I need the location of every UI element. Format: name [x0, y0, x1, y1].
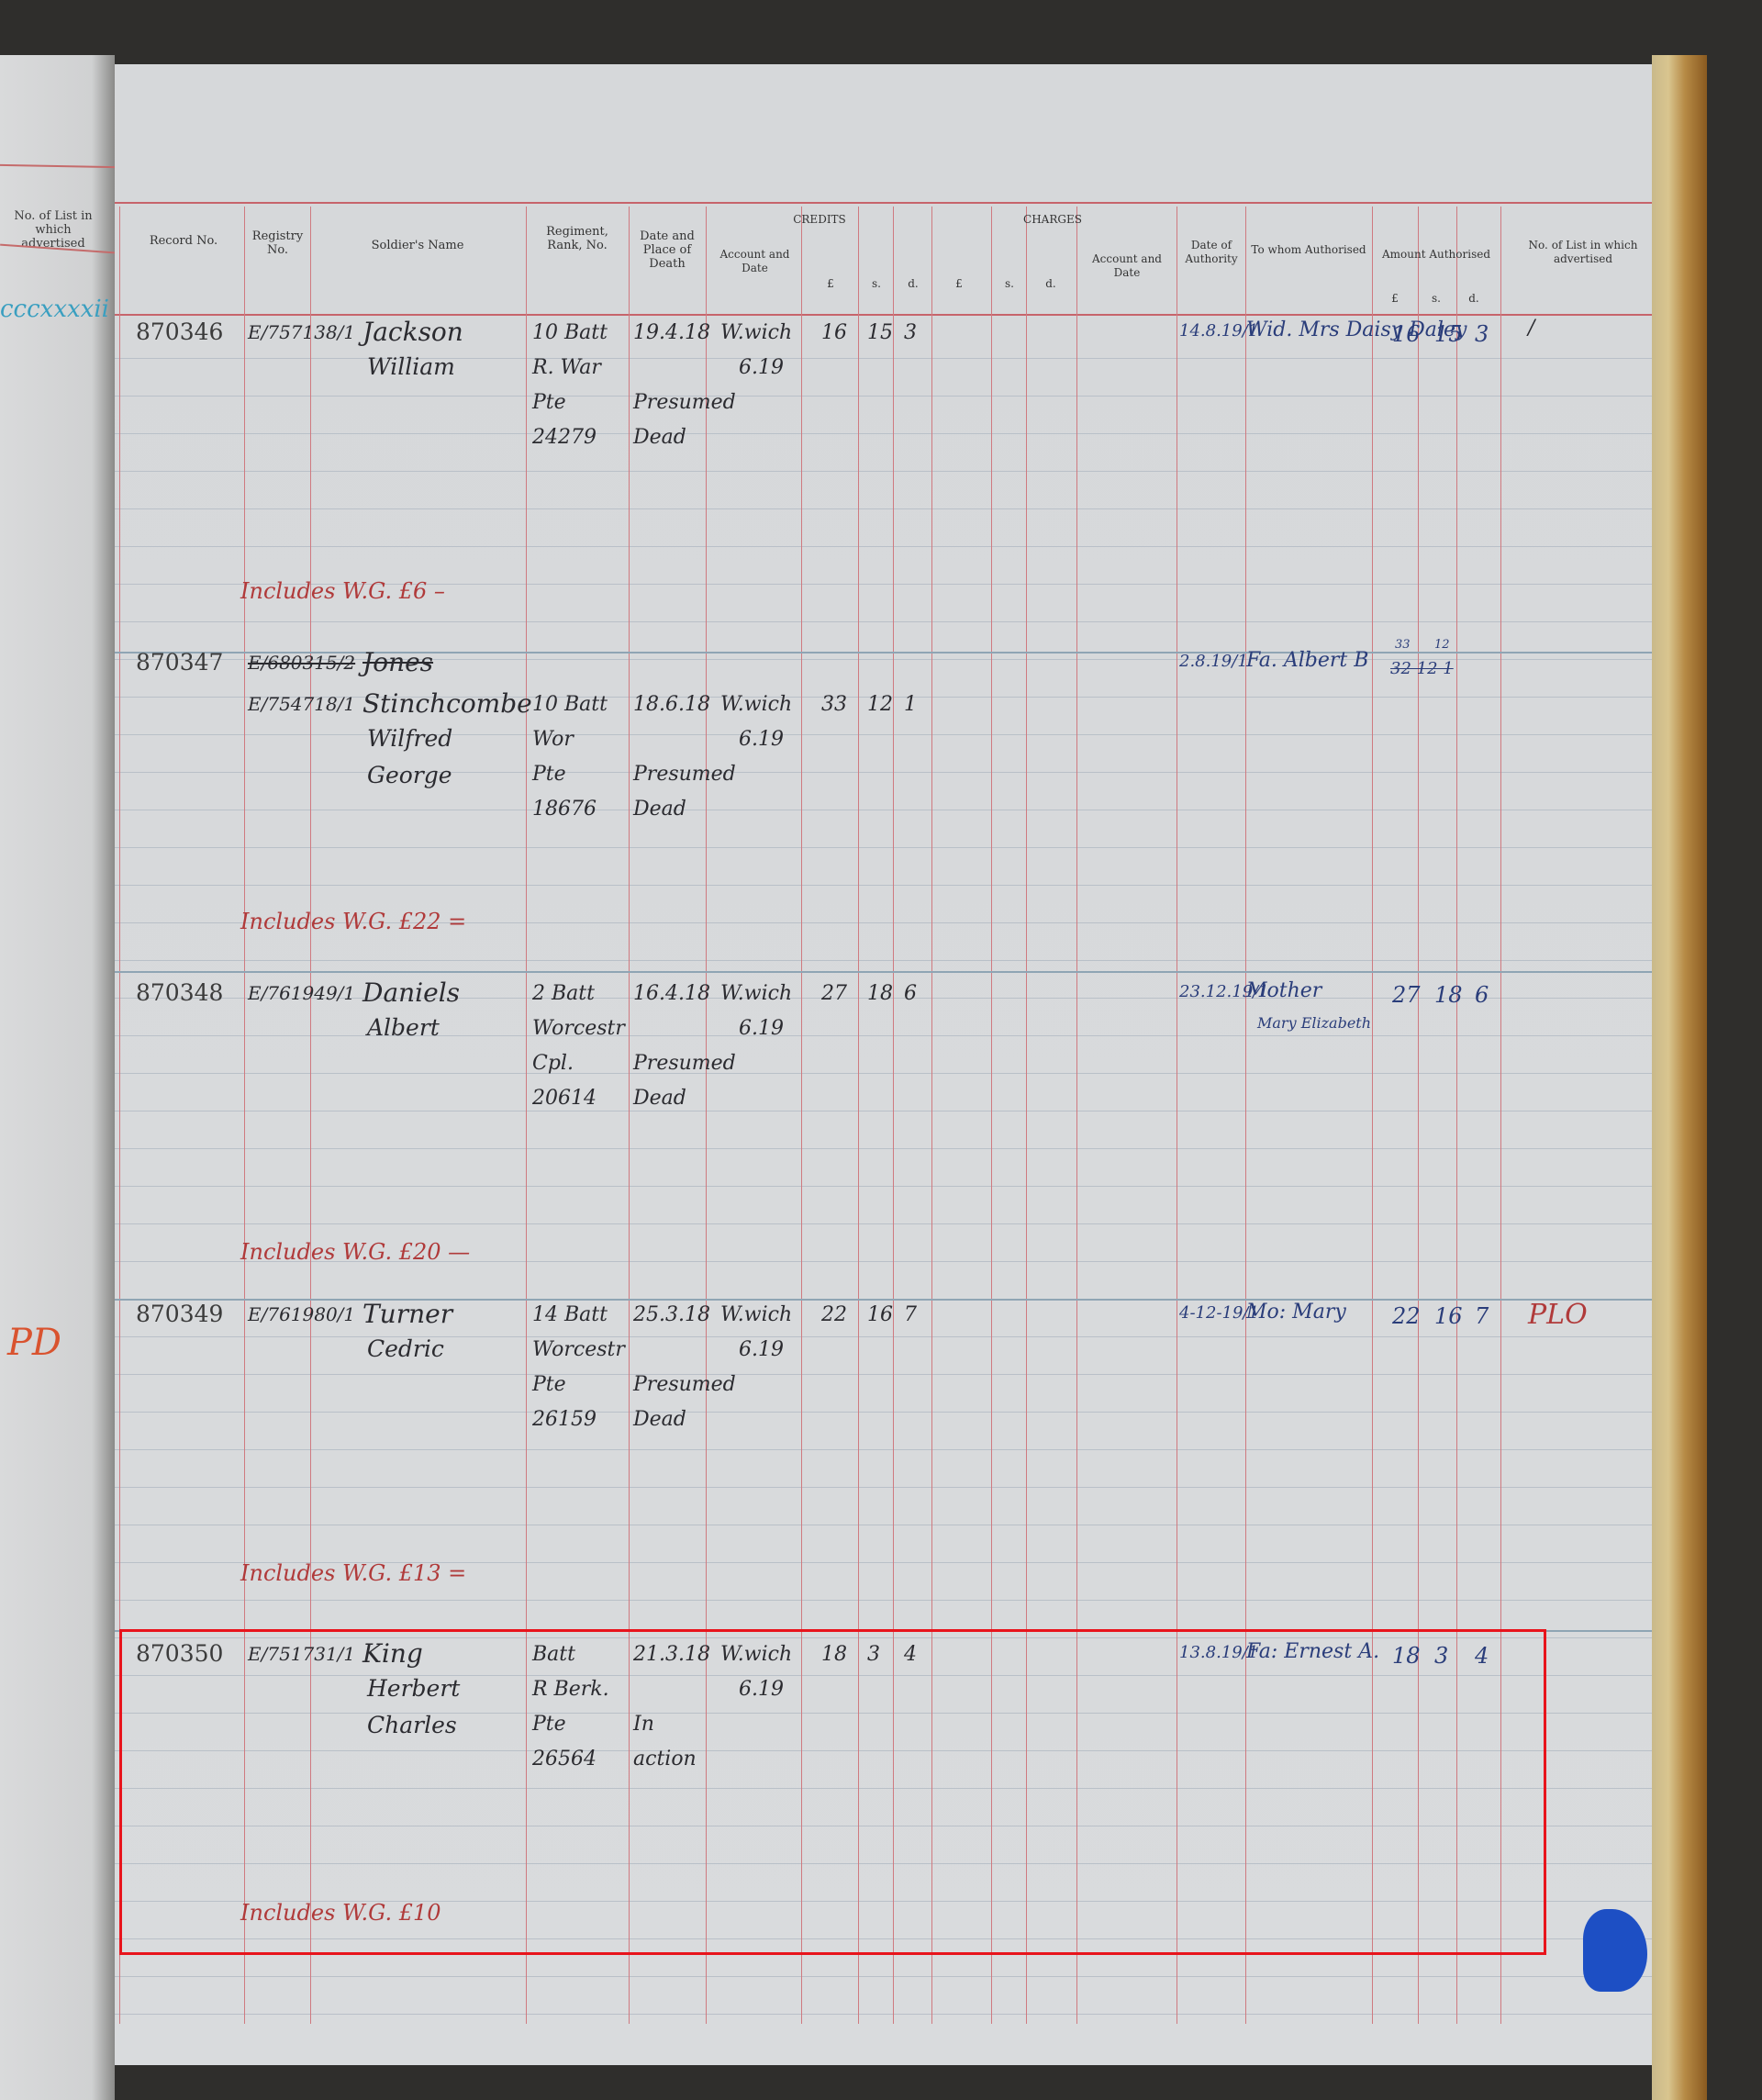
authority-date: 2.8.19/1 — [1179, 652, 1248, 671]
header-bottom-rule — [115, 314, 1666, 316]
auth-shillings: 12 — [1434, 638, 1450, 652]
header-top-rule — [115, 202, 1666, 204]
forename: George — [367, 762, 452, 788]
credit-account: W.wich — [720, 982, 792, 1005]
credit-pounds: 27 — [821, 982, 847, 1005]
auth-pounds: 22 — [1392, 1303, 1421, 1329]
includes-note: Includes W.G. £13 = — [240, 1560, 466, 1586]
credit-account: W.wich — [720, 1303, 792, 1326]
death-line: Presumed — [633, 1373, 736, 1396]
credit-pence: 7 — [904, 1303, 917, 1326]
to-whom: Fa. Albert B — [1246, 649, 1368, 672]
header-charges: CHARGES — [933, 213, 1172, 227]
header-regiment: Regiment, Rank, No. — [528, 225, 627, 252]
highlight-box — [119, 1629, 1546, 1955]
list-advertised: / — [1528, 317, 1534, 340]
to-whom-2: Mary Elizabeth — [1257, 1014, 1371, 1032]
auth-pence: 7 — [1475, 1303, 1489, 1329]
credit-shillings: 18 — [867, 982, 893, 1005]
header-credits: CREDITS — [709, 213, 930, 227]
header-charge-pence: d. — [1037, 277, 1065, 291]
record-no: 870349 — [136, 1301, 223, 1327]
regiment-line: R. War — [532, 356, 601, 379]
regiment-line: 24279 — [532, 426, 597, 449]
credit-shillings: 15 — [867, 321, 893, 344]
surname-struck: Jones — [362, 647, 433, 677]
credit-pounds: 16 — [821, 321, 847, 344]
regiment-line: Wor — [532, 728, 574, 751]
header-credit-shillings: s. — [863, 277, 890, 291]
header-record-no: Record No. — [133, 234, 234, 248]
header-list-advertised: No. of List in which advertised — [1519, 239, 1647, 266]
credit-account: 6.19 — [739, 356, 784, 379]
death-line: Presumed — [633, 763, 736, 786]
death-line: Dead — [633, 1408, 686, 1431]
regiment-line: 2 Batt — [532, 982, 595, 1005]
forename: William — [367, 353, 455, 380]
forename: Cedric — [367, 1335, 444, 1362]
auth-pence: 6 — [1475, 982, 1489, 1008]
credit-shillings: 12 — [867, 693, 893, 716]
regiment-line: 10 Batt — [532, 693, 608, 716]
header-credit-pounds: £ — [817, 277, 844, 291]
regiment-line: Pte — [532, 391, 566, 414]
registry-no: E/757138/1 — [248, 321, 355, 343]
credit-shillings: 16 — [867, 1303, 893, 1326]
header-charge-shillings: s. — [996, 277, 1023, 291]
surname: Jackson — [362, 317, 463, 347]
surname: Turner — [362, 1299, 452, 1329]
credit-pence: 3 — [904, 321, 917, 344]
regiment-line: 20614 — [532, 1087, 597, 1110]
surname: Daniels — [362, 977, 460, 1008]
header-to-whom: To whom Authorised — [1248, 243, 1369, 257]
left-note-cccxxxxii: cccxxxxii — [0, 296, 109, 323]
credit-account: 6.19 — [739, 1338, 784, 1361]
includes-note: Includes W.G. £6 – — [240, 578, 445, 604]
record-no: 870346 — [136, 318, 223, 345]
header-charges-account: Account and Date — [1080, 252, 1174, 280]
header-charge-pounds: £ — [945, 277, 973, 291]
auth-pence: 3 — [1475, 321, 1489, 347]
credit-pounds: 33 — [821, 693, 847, 716]
header-date-place-death: Date and Place of Death — [630, 229, 704, 271]
auth-pounds: 16 — [1392, 321, 1421, 347]
left-note-pd: PD — [7, 1322, 61, 1364]
header-credits-account: Account and Date — [711, 248, 798, 275]
credit-account: W.wich — [720, 693, 792, 716]
auth-pounds: 33 — [1395, 638, 1411, 652]
forename: Wilfred — [367, 725, 452, 752]
header-credit-pence: d. — [899, 277, 927, 291]
header-date-of-authority: Date of Authority — [1179, 239, 1243, 266]
auth-shillings: 16 — [1434, 1303, 1463, 1329]
header-auth-shillings: s. — [1422, 292, 1450, 306]
death-line: 16.4.18 — [633, 982, 710, 1005]
auth-shillings: 18 — [1434, 982, 1463, 1008]
left-page: No. of List in which advertised cccxxxxi… — [0, 55, 115, 2100]
death-line: Presumed — [633, 391, 736, 414]
regiment-line: Worcestr — [532, 1338, 625, 1361]
auth-previous: 32 12 1 — [1390, 659, 1454, 678]
death-line: 19.4.18 — [633, 321, 710, 344]
credit-pence: 6 — [904, 982, 917, 1005]
death-line: Dead — [633, 426, 686, 449]
record-no: 870348 — [136, 979, 223, 1006]
credit-account: W.wich — [720, 321, 792, 344]
book-edge — [1652, 55, 1707, 2100]
registry-no: E/754718/1 — [248, 693, 355, 715]
regiment-line: 14 Batt — [532, 1303, 608, 1326]
list-advertised: PLO — [1528, 1299, 1588, 1331]
to-whom: Mother — [1246, 979, 1321, 1002]
includes-note: Includes W.G. £20 — — [240, 1239, 470, 1265]
surname: Stinchcombe — [362, 688, 532, 719]
header-soldiers-name: Soldier's Name — [312, 239, 523, 252]
credit-pounds: 22 — [821, 1303, 847, 1326]
regiment-line: Cpl. — [532, 1052, 574, 1075]
death-line: Dead — [633, 798, 686, 821]
death-line: Dead — [633, 1087, 686, 1110]
auth-shillings: 15 — [1434, 321, 1463, 347]
forename: Albert — [367, 1014, 440, 1041]
regiment-line: Pte — [532, 1373, 566, 1396]
credit-pence: 1 — [904, 693, 917, 716]
registry-no-struck: E/680315/2 — [248, 652, 355, 674]
to-whom: Mo: Mary — [1246, 1301, 1346, 1324]
auth-pounds: 27 — [1392, 982, 1421, 1008]
header-amount-authorised: Amount Authorised — [1374, 248, 1499, 262]
header-rule — [0, 164, 115, 168]
death-line: Presumed — [633, 1052, 736, 1075]
death-line: 18.6.18 — [633, 693, 710, 716]
regiment-line: Pte — [532, 763, 566, 786]
credit-account: 6.19 — [739, 1017, 784, 1040]
header-auth-pounds: £ — [1381, 292, 1409, 306]
credit-account: 6.19 — [739, 728, 784, 751]
regiment-line: 10 Batt — [532, 321, 608, 344]
regiment-line: 18676 — [532, 798, 597, 821]
registry-no: E/761980/1 — [248, 1303, 355, 1325]
death-line: 25.3.18 — [633, 1303, 710, 1326]
header-registry-no: Registry No. — [248, 229, 307, 257]
includes-note: Includes W.G. £22 = — [240, 909, 466, 934]
record-no: 870347 — [136, 649, 223, 676]
header-auth-pence: d. — [1460, 292, 1488, 306]
regiment-line: Worcestr — [532, 1017, 625, 1040]
registry-no: E/761949/1 — [248, 982, 355, 1004]
regiment-line: 26159 — [532, 1408, 597, 1431]
